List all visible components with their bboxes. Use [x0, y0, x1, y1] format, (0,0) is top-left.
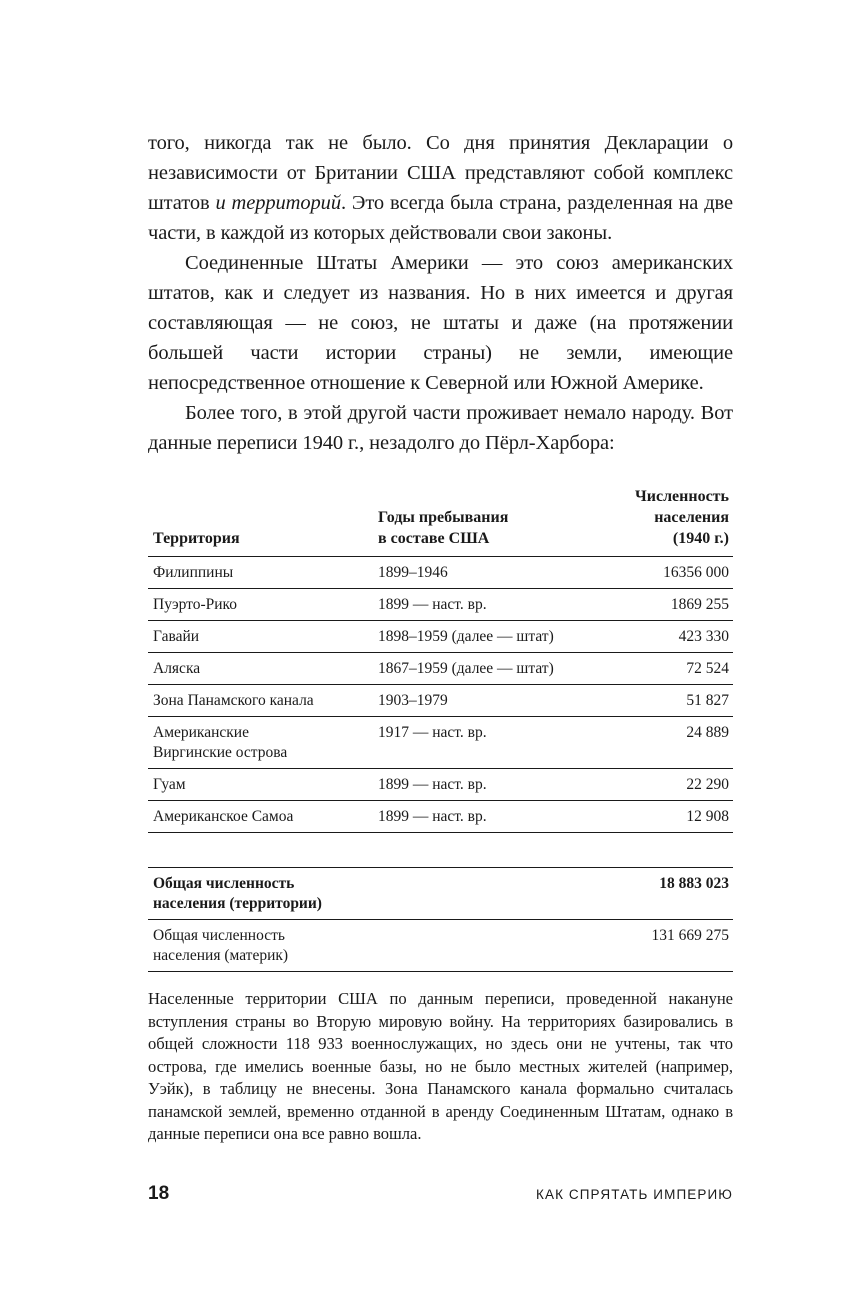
- table-row: АмериканскиеВиргинские острова 1917 — на…: [148, 717, 733, 769]
- cell-years: 1867–1959 (далее — штат): [373, 653, 608, 685]
- table-row: Аляска 1867–1959 (далее — штат) 72 524: [148, 653, 733, 685]
- table-row: Пуэрто-Рико 1899 — наст. вр. 1869 255: [148, 589, 733, 621]
- table-row: Зона Панамского канала 1903–1979 51 827: [148, 685, 733, 717]
- cell-years: 1903–1979: [373, 685, 608, 717]
- cell-total-label: Общая численностьнаселения (территории): [148, 868, 608, 920]
- table-row: Американское Самоа 1899 — наст. вр. 12 9…: [148, 801, 733, 833]
- cell-territory: Зона Панамского канала: [148, 685, 373, 717]
- cell-territory: Аляска: [148, 653, 373, 685]
- table-spacer-row: [148, 833, 733, 868]
- table-row: Гуам 1899 — наст. вр. 22 290: [148, 769, 733, 801]
- cell-total-value: 18 883 023: [608, 868, 733, 920]
- cell-population: 423 330: [608, 621, 733, 653]
- table-total-row-territories: Общая численностьнаселения (территории) …: [148, 868, 733, 920]
- page-footer: 18 КАК СПРЯТАТЬ ИМПЕРИЮ: [148, 1183, 733, 1209]
- cell-territory: АмериканскиеВиргинские острова: [148, 717, 373, 769]
- cell-years: 1899 — наст. вр.: [373, 769, 608, 801]
- cell-territory: Пуэрто-Рико: [148, 589, 373, 621]
- territories-table: Территория Годы пребыванияв составе США …: [148, 486, 733, 972]
- emphasis-text: и территорий: [215, 192, 341, 214]
- cell-population: 1869 255: [608, 589, 733, 621]
- cell-population: 16356 000: [608, 557, 733, 589]
- cell-territory: Филиппины: [148, 557, 373, 589]
- cell-years: 1899 — наст. вр.: [373, 801, 608, 833]
- running-title: КАК СПРЯТАТЬ ИМПЕРИЮ: [536, 1187, 733, 1202]
- cell-population: 24 889: [608, 717, 733, 769]
- table-row: Филиппины 1899–1946 16356 000: [148, 557, 733, 589]
- cell-total-value: 131 669 275: [608, 920, 733, 972]
- cell-years: 1898–1959 (далее — штат): [373, 621, 608, 653]
- cell-years: 1917 — наст. вр.: [373, 717, 608, 769]
- column-header-population: Численностьнаселения(1940 г.): [608, 486, 733, 557]
- page-number: 18: [148, 1183, 169, 1205]
- column-header-territory: Территория: [148, 486, 373, 557]
- body-paragraph: того, никогда так не было. Со дня принят…: [148, 128, 733, 248]
- territories-table-container: Территория Годы пребыванияв составе США …: [148, 486, 733, 972]
- cell-population: 51 827: [608, 685, 733, 717]
- cell-population: 12 908: [608, 801, 733, 833]
- table-header-row: Территория Годы пребыванияв составе США …: [148, 486, 733, 557]
- body-paragraph: Более того, в этой другой части проживае…: [148, 398, 733, 458]
- cell-years: 1899–1946: [373, 557, 608, 589]
- cell-years: 1899 — наст. вр.: [373, 589, 608, 621]
- page-content: того, никогда так не было. Со дня принят…: [148, 128, 733, 1162]
- cell-territory: Американское Самоа: [148, 801, 373, 833]
- cell-total-label: Общая численностьнаселения (материк): [148, 920, 608, 972]
- table-caption: Населенные территории США по данным пере…: [148, 988, 733, 1146]
- cell-territory: Гавайи: [148, 621, 373, 653]
- body-paragraph: Соединенные Штаты Америки — это союз аме…: [148, 248, 733, 398]
- cell-territory: Гуам: [148, 769, 373, 801]
- table-total-row-mainland: Общая численностьнаселения (материк) 131…: [148, 920, 733, 972]
- cell-population: 22 290: [608, 769, 733, 801]
- cell-population: 72 524: [608, 653, 733, 685]
- table-row: Гавайи 1898–1959 (далее — штат) 423 330: [148, 621, 733, 653]
- column-header-years: Годы пребыванияв составе США: [373, 486, 608, 557]
